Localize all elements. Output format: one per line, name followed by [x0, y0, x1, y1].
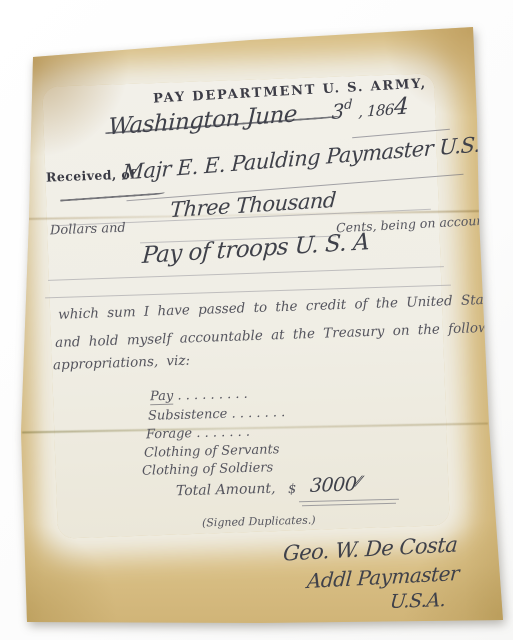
clause-line-2: and hold myself accountable at the Treas…: [55, 319, 512, 351]
dateline-day: 3: [331, 99, 344, 124]
appropriation-leaders: . . . . . . . . .: [177, 387, 248, 404]
dateline-day-suffix: d: [344, 97, 352, 113]
appropriation-row-pay: Pay . . . . . . . . .: [150, 387, 248, 405]
appropriation-row-forage: Forage . . . . . . .: [146, 425, 250, 443]
paper-shadow: PAY DEPARTMENT U. S. ARMY, Washington Ju…: [0, 0, 513, 640]
clause-line-3: appropriations, viz:: [53, 353, 191, 374]
signed-duplicates-note: (Signed Duplicates.): [202, 514, 316, 530]
signature-title: Addl Paymaster: [306, 561, 460, 593]
account-handwritten: Pay of troops U. S. A: [141, 229, 370, 269]
appropriation-leaders: . . . . . . .: [231, 405, 285, 421]
photo-background: PAY DEPARTMENT U. S. ARMY, Washington Ju…: [0, 0, 513, 640]
total-amount-handwritten: 3000⁄⁄: [309, 473, 361, 497]
payer-handwritten: Majr E. E. Paulding Paymaster U.S.A: [122, 131, 495, 184]
clause-line-1: which sum I have passed to the credit of…: [58, 291, 509, 323]
appropriation-leaders: . . . . . . .: [196, 425, 250, 441]
cents-mark: ⁄⁄: [356, 474, 361, 490]
total-amount-label: Total Amount,: [176, 481, 276, 500]
appropriation-label: Clothing of Servants: [144, 442, 280, 461]
currency-symbol: $: [288, 482, 297, 497]
dollars-label: Dollars and: [50, 221, 126, 239]
appropriation-label: Forage: [146, 426, 193, 442]
appropriation-row-clothing-soldiers: Clothing of Soldiers: [142, 460, 274, 478]
total-amount-value: 3000: [309, 473, 357, 497]
appropriation-row-clothing-servants: Clothing of Servants: [144, 442, 280, 461]
signature-org: U.S.A.: [389, 589, 446, 613]
document-content: PAY DEPARTMENT U. S. ARMY, Washington Ju…: [0, 0, 513, 640]
appropriation-label: Subsistence: [148, 407, 228, 424]
appropriation-row-subsistence: Subsistence . . . . . . .: [148, 405, 286, 424]
total-underline-2: [302, 503, 396, 506]
dateline-year-digit: 4: [394, 93, 409, 120]
appropriation-label: Pay: [150, 389, 174, 406]
account-rule-1: [48, 266, 444, 281]
appropriation-label: Clothing of Soldiers: [142, 460, 274, 478]
document-paper: PAY DEPARTMENT U. S. ARMY, Washington Ju…: [0, 0, 513, 640]
amount-lead-flourish: [60, 192, 165, 201]
total-underline-1: [299, 499, 399, 503]
signature-name: Geo. W. De Costa: [282, 532, 458, 565]
dateline-year-printed: , 186: [358, 100, 394, 121]
